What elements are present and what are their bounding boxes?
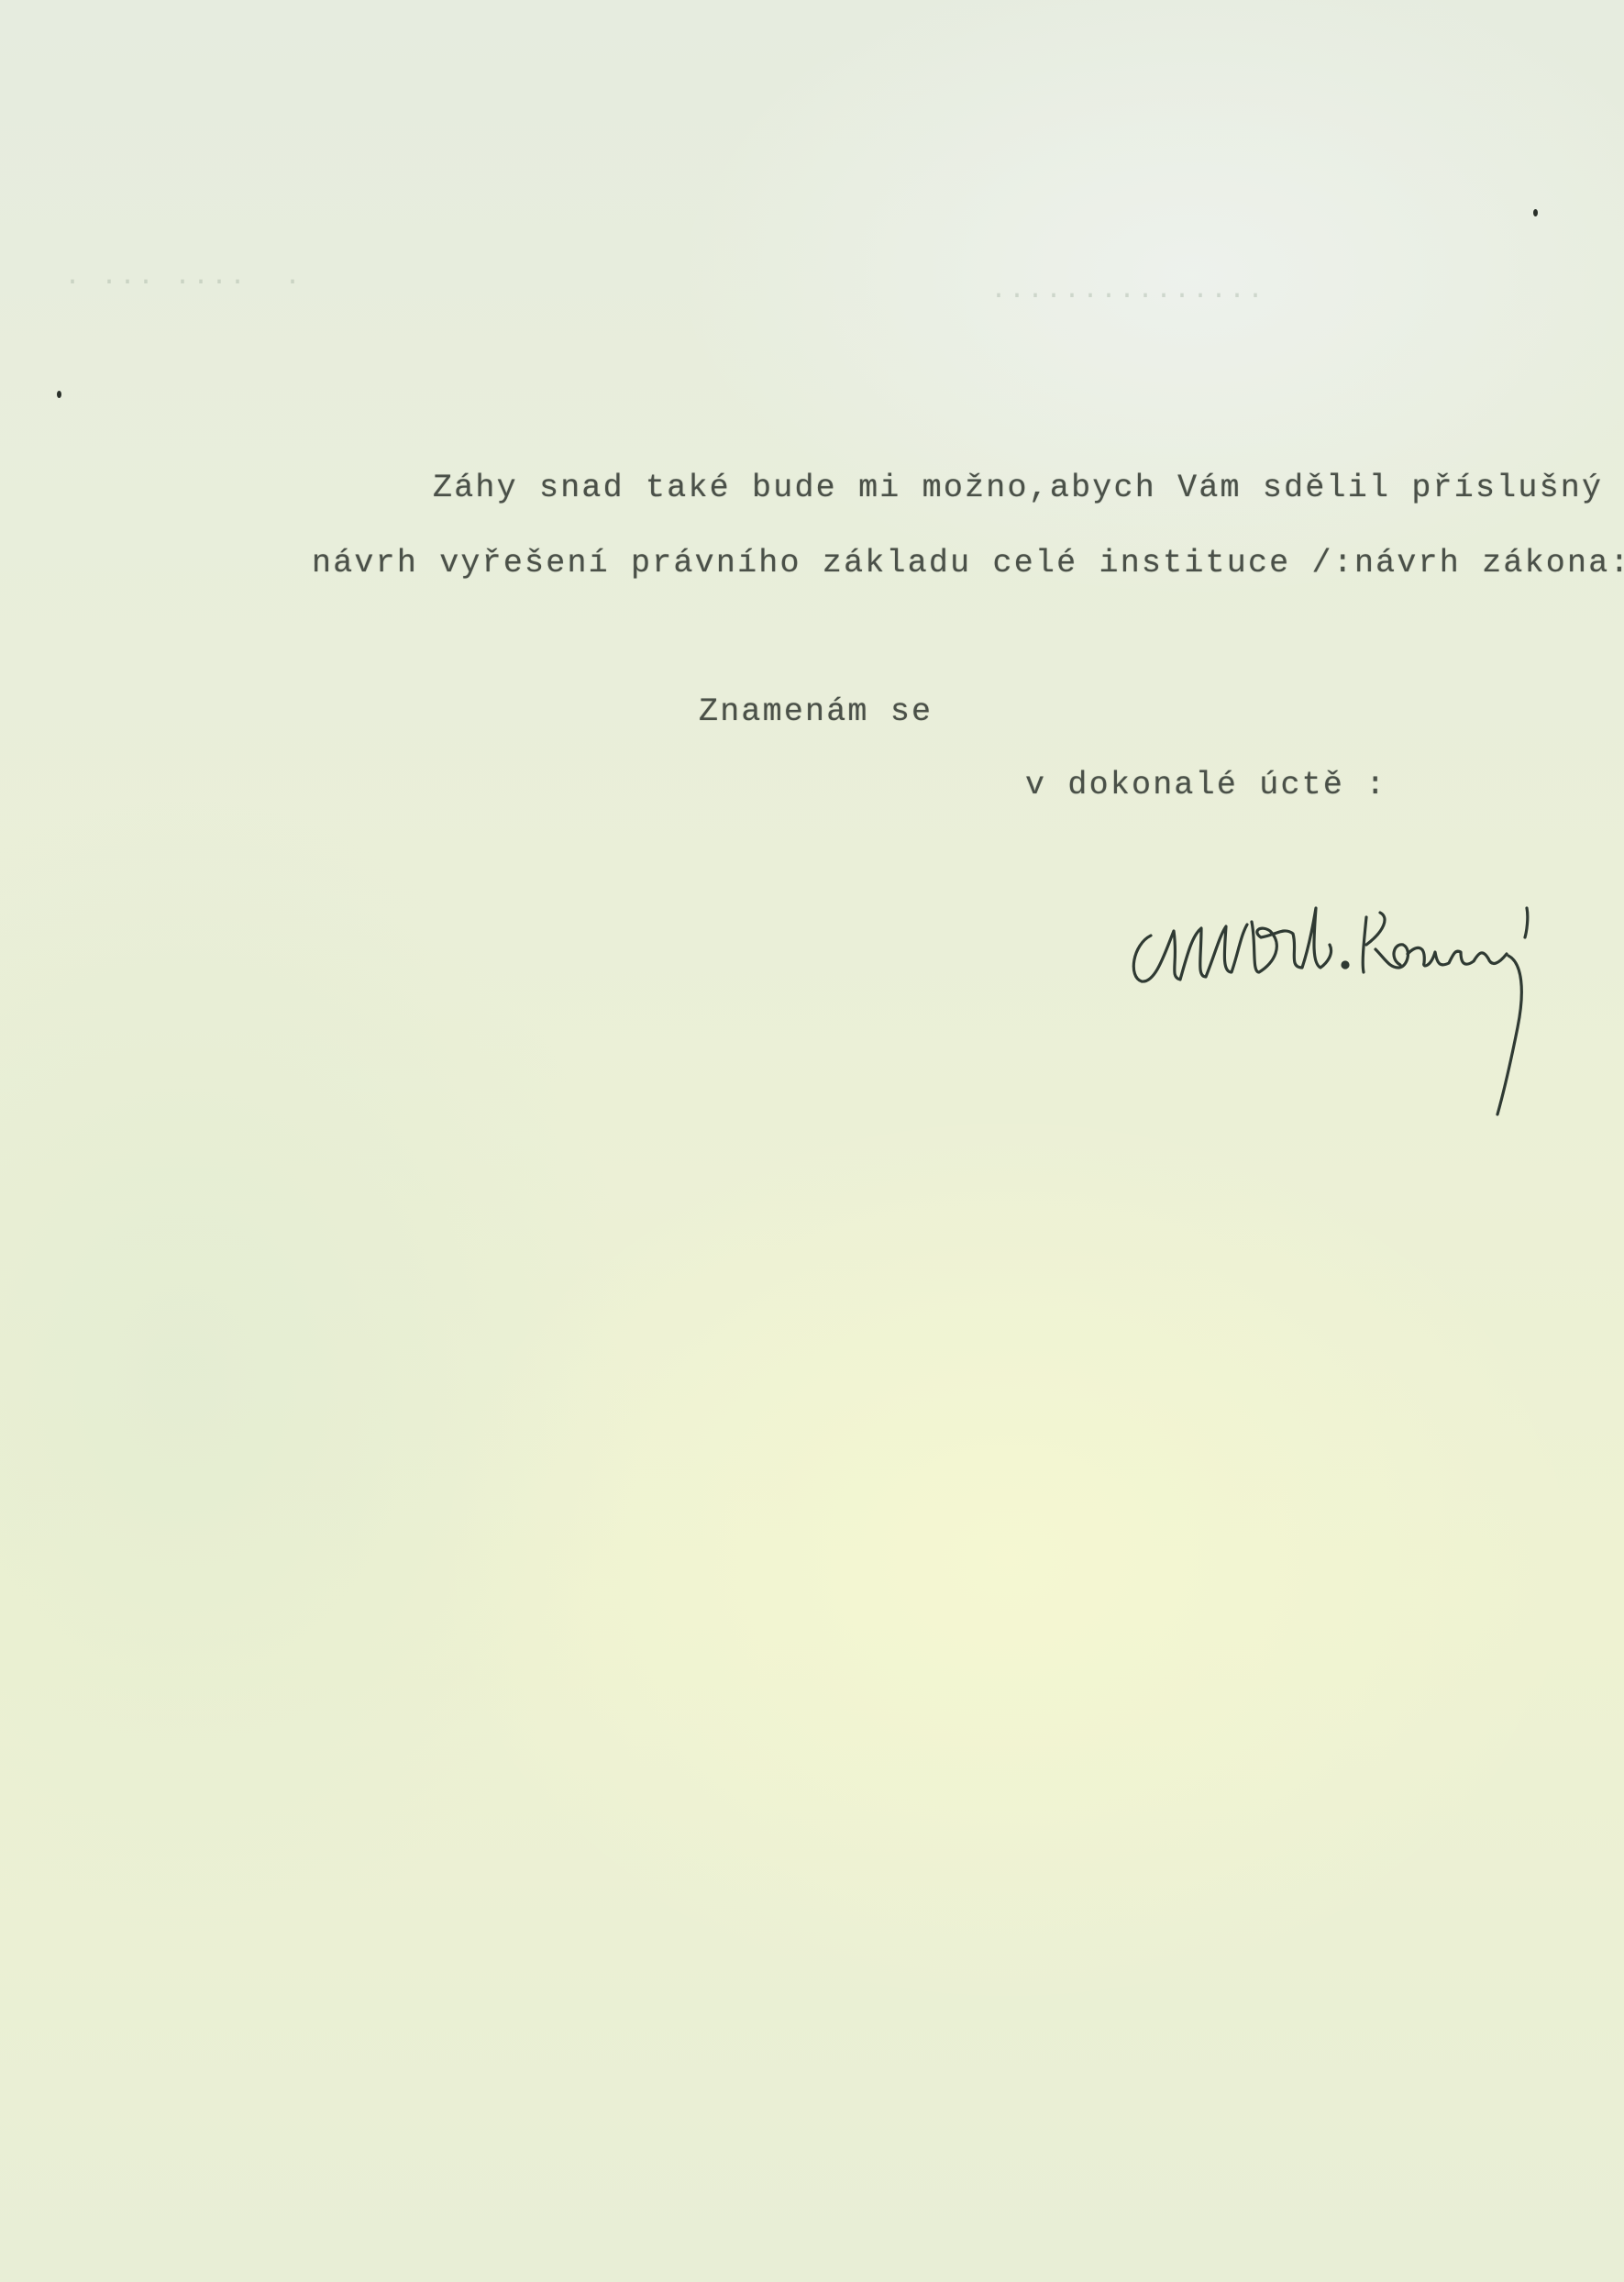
ghost-impression-right: ............... [990, 275, 1265, 306]
body-line-2: návrh vyřešení právního základu celé ins… [312, 545, 1624, 582]
ink-speck [1533, 209, 1538, 216]
ghost-impression-left: . ... .... . [64, 261, 303, 293]
body-line-1: Záhy snad také bude mi možno,abych Vám s… [433, 470, 1603, 506]
handwritten-signature [1114, 881, 1554, 1128]
closing-line-1: Znamenám se [699, 693, 933, 730]
closing-line-2: v dokonalé úctě : [1025, 767, 1386, 803]
ink-speck [57, 391, 61, 398]
document-page: . ... .... . ............... Záhy snad t… [0, 0, 1624, 2282]
